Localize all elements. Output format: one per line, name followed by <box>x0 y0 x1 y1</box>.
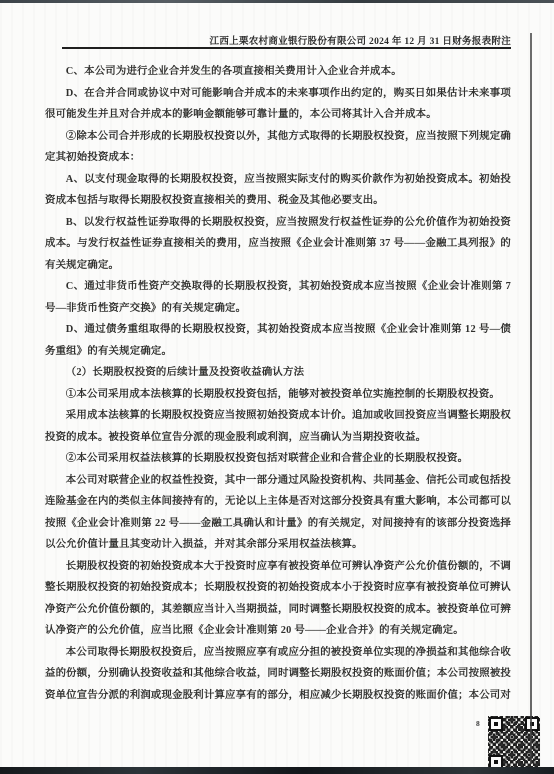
paragraph: C、本公司为进行企业合并发生的各项直接相关费用计入企业合并成本。 <box>45 61 511 83</box>
paragraph: 本公司取得长期股权投资后，应当按照应享有或应分担的被投资单位实现的净损益和其他综… <box>45 642 511 707</box>
qr-finder-top-right-icon <box>525 717 539 731</box>
scan-edge-bottom <box>0 767 554 774</box>
page-header-title: 江西上栗农村商业银行股份有限公司 2024 年 12 月 31 日财务报表附注 <box>210 33 511 47</box>
qr-finder-top-left-icon <box>489 717 503 731</box>
paragraph: A、以支付现金取得的长期股权投资，应当按照实际支付的购买价款作为初始投资成本。初… <box>45 169 511 212</box>
body-text: C、本公司为进行企业合并发生的各项直接相关费用计入企业合并成本。D、在合并合同或… <box>45 61 511 706</box>
paragraph: D、通过债务重组取得的长期股权投资，其初始投资成本应当按照《企业会计准则第 12… <box>45 319 511 362</box>
paragraph: （2）长期股权投资的后续计量及投资收益确认方法 <box>45 362 511 384</box>
paragraph: D、在合并合同或协议中对可能影响合并成本的未来事项作出约定的，购买日如果估计未来… <box>45 83 511 126</box>
header-rule <box>62 47 511 49</box>
qr-code-icon <box>488 716 540 770</box>
paragraph: 长期股权投资的初始投资成本大于投资时应享有被投资单位可辨认净资产公允价值份额的，… <box>45 556 511 642</box>
scan-edge-right-line <box>530 33 532 764</box>
paragraph: ②除本公司合并形成的长期股权投资以外，其他方式取得的长期股权投资，应当按照下列规… <box>45 126 511 169</box>
page-number: 8 <box>476 719 480 728</box>
paragraph: 采用成本法核算的长期股权投资应当按照初始投资成本计价。追加或收回投资应当调整长期… <box>45 405 511 448</box>
paragraph: C、通过非货币性资产交换取得的长期股权投资，其初始投资成本应当按照《企业会计准则… <box>45 276 511 319</box>
document-page: 江西上栗农村商业银行股份有限公司 2024 年 12 月 31 日财务报表附注 … <box>0 0 554 774</box>
paragraph: ②本公司采用权益法核算的长期股权投资包括对联营企业和合营企业的长期股权投资。 <box>45 448 511 470</box>
paragraph: B、以发行权益性证券取得的长期股权投资，应当按照发行权益性证券的公允价值作为初始… <box>45 212 511 277</box>
paragraph: ①本公司采用成本法核算的长期股权投资包括，能够对被投资单位实施控制的长期股权投资… <box>45 384 511 406</box>
paragraph: 本公司对联营企业的权益性投资，其中一部分通过风险投资机构、共同基金、信托公司或包… <box>45 470 511 556</box>
scan-edge-top <box>0 0 554 3</box>
